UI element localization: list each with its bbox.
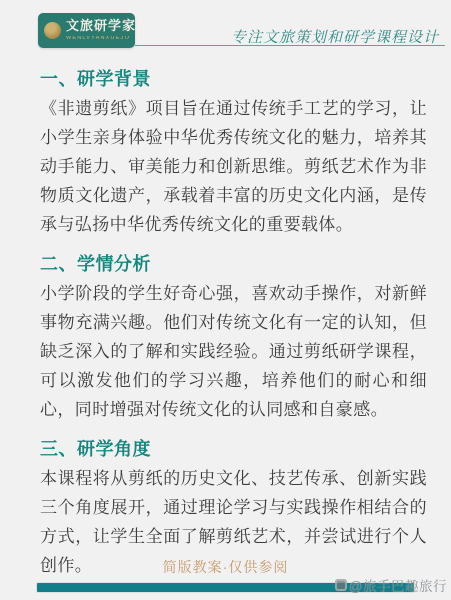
gold-seal-icon [44, 22, 61, 39]
watermark-text: @旅手巴趣旅行 [349, 575, 447, 595]
page-footer: 简版教案·仅供参阅 @旅手巴趣旅行 [0, 556, 451, 600]
document-content: 一、研学背景 《非遗剪纸》项目旨在通过传统手工艺的学习，让小学生亲身体验中华优秀… [40, 54, 427, 554]
watermark-icon [335, 579, 347, 591]
footer-note: 简版教案·仅供参阅 [0, 557, 451, 577]
section-background-heading: 一、研学背景 [40, 68, 427, 90]
section-learner-analysis-heading: 二、学情分析 [40, 253, 427, 275]
page-header: 文旅研学家 WENLVYANXUEJIA 专注文旅策划和研学课程设计 [0, 0, 451, 56]
brand-subtitle: WENLVYANXUEJIA [66, 36, 129, 42]
section-learner-analysis-body: 小学阶段的学生好奇心强，喜欢动手操作，对新鲜事物充满兴趣。他们对传统文化有一定的… [40, 279, 427, 424]
watermark: @旅手巴趣旅行 [335, 575, 447, 595]
brand-logo-badge: 文旅研学家 WENLVYANXUEJIA [38, 13, 135, 48]
section-learner-analysis: 二、学情分析 小学阶段的学生好奇心强，喜欢动手操作，对新鲜事物充满兴趣。他们对传… [40, 253, 427, 424]
section-background-body: 《非遗剪纸》项目旨在通过传统手工艺的学习，让小学生亲身体验中华优秀传统文化的魅力… [40, 94, 427, 239]
brand-title: 文旅研学家 [66, 20, 129, 33]
section-background: 一、研学背景 《非遗剪纸》项目旨在通过传统手工艺的学习，让小学生亲身体验中华优秀… [40, 68, 427, 239]
brand-logo-text: 文旅研学家 WENLVYANXUEJIA [66, 20, 129, 42]
header-tagline: 专注文旅策划和研学课程设计 [231, 26, 439, 47]
section-study-angle-heading: 三、研学角度 [40, 438, 427, 460]
lesson-plan-page: 文旅研学家 WENLVYANXUEJIA 专注文旅策划和研学课程设计 一、研学背… [0, 0, 451, 600]
